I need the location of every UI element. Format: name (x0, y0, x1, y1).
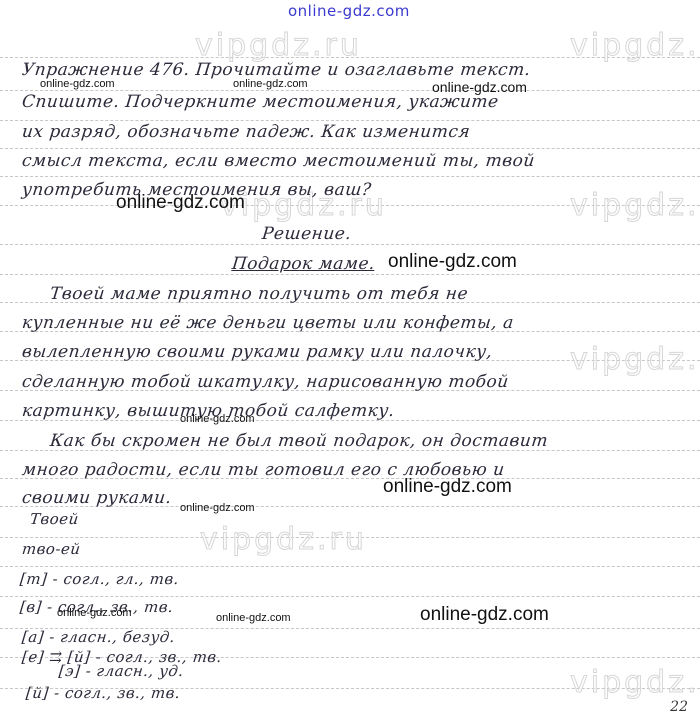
label-watermark: online-gdz.com (216, 612, 291, 624)
phonetic-word: Твоей (29, 510, 80, 528)
faint-watermark: vipgdz.ru (200, 522, 367, 557)
label-watermark: online-gdz.com (233, 78, 308, 90)
phonetic-syllables: тво-ей (21, 540, 81, 558)
label-watermark: online-gdz.com (180, 413, 255, 425)
essay-title: Подарок маме. (231, 254, 376, 274)
task-line: Спишите. Подчеркните местоимения, укажит… (21, 92, 500, 112)
ruled-line (0, 274, 700, 275)
ruled-line (0, 148, 700, 149)
faint-watermark: vipgdz.ru (195, 28, 362, 63)
notebook-page: vipgdz.ru vipgdz.ru vipgdz.ru vipgdz.ru … (0, 0, 700, 719)
label-watermark: online-gdz.com (180, 502, 255, 514)
label-watermark: online-gdz.com (383, 476, 512, 498)
faint-watermark: vipgdz.ru (570, 342, 700, 377)
ruled-line (0, 176, 700, 177)
essay-line: сделанную тобой шкатулку, нарисованную т… (21, 372, 510, 392)
label-watermark: online-gdz.com (420, 604, 549, 626)
phonetic-row: [й] - согл., зв., тв. (25, 684, 181, 702)
ruled-line (0, 244, 700, 245)
top-watermark: online-gdz.com (288, 2, 410, 20)
label-watermark: online-gdz.com (57, 607, 132, 619)
phonetic-row: [э] - гласн., уд. (21, 662, 185, 680)
task-line: смысл текста, если вместо местоимений ты… (21, 151, 536, 171)
task-line: Упражнение 476. Прочитайте и озаглавьте … (21, 60, 532, 80)
solution-heading: Решение. (261, 224, 352, 244)
essay-line: купленные ни её же деньги цветы или конф… (21, 313, 515, 333)
label-watermark: online-gdz.com (388, 251, 517, 273)
essay-line: Как бы скромен не был твой подарок, он д… (49, 431, 549, 451)
faint-watermark: vipgdz.ru (570, 28, 700, 63)
label-watermark: online-gdz.com (40, 78, 115, 90)
faint-watermark: vipgdz.ru (570, 665, 700, 700)
phonetic-row: [т] - согл., гл., тв. (19, 570, 180, 588)
page-number: 22 (670, 699, 688, 715)
ruled-line (0, 120, 700, 121)
phonetic-row: [а] - гласн., безуд. (21, 628, 176, 646)
label-watermark: online-gdz.com (116, 192, 245, 214)
ruled-line (0, 566, 700, 567)
ruled-line (0, 90, 700, 91)
essay-line: своими руками. (21, 488, 173, 508)
ruled-line (0, 596, 700, 597)
task-line: их разряд, обозначьте падеж. Как изменит… (21, 122, 471, 142)
essay-line: Твоей маме приятно получить от тебя не (49, 284, 469, 304)
essay-line: вылепленную своими руками рамку или пало… (21, 342, 494, 362)
label-watermark: online-gdz.com (432, 79, 527, 95)
faint-watermark: vipgdz.ru (570, 188, 700, 223)
